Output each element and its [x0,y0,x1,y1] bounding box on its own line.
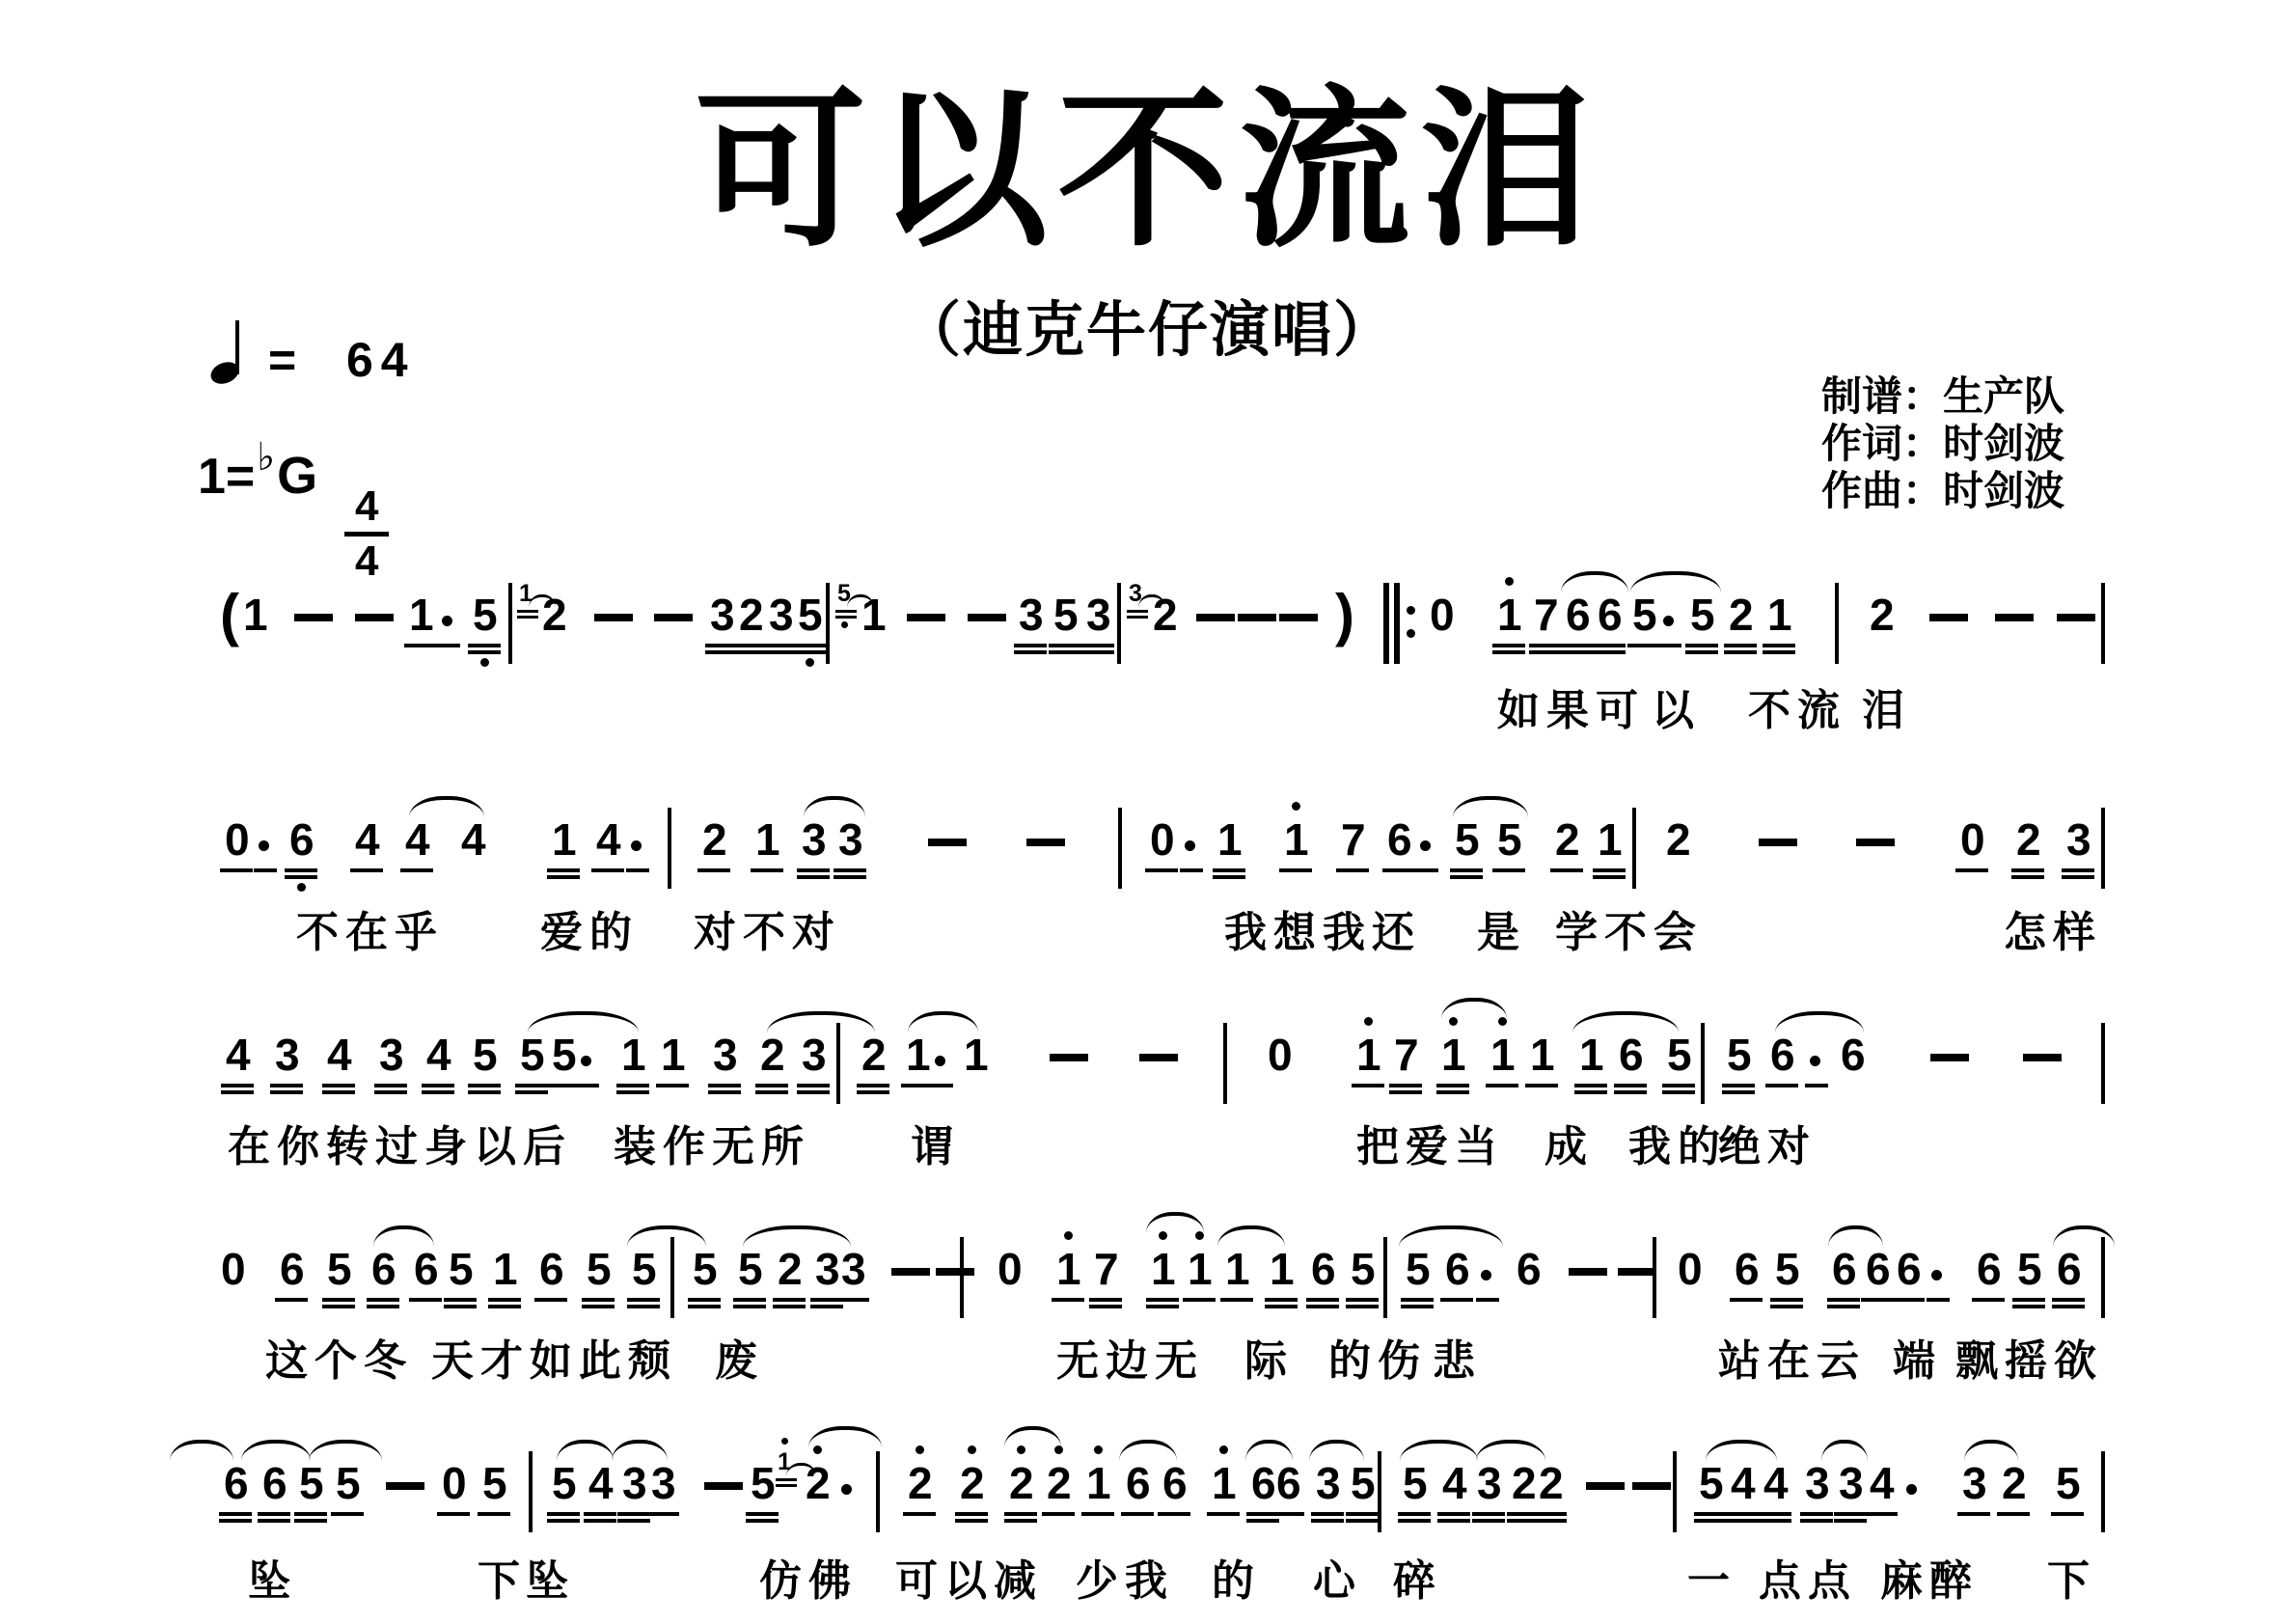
note: 1 [1598,815,1623,864]
note: 5 [336,1459,361,1507]
beam-line [1081,644,1114,647]
note: 4 [1731,1459,1756,1507]
beam-line [444,1298,477,1302]
lyric-text: 的 [1212,1546,1261,1608]
augmentation-dot [1810,1056,1820,1066]
beam-line [1382,868,1415,872]
augmentation-dot [259,840,269,851]
beam-line [1561,650,1594,654]
barline [960,1237,964,1318]
beam-line [1593,644,1626,647]
slur-arc [170,1440,233,1461]
note: 2 [1539,1459,1564,1507]
beam-line [547,1084,580,1087]
beam-line [1306,1298,1339,1302]
lyric-text: 下 [2047,1546,2096,1608]
lyric-text: 如果可 [1497,675,1645,737]
note: 6 [1566,591,1591,639]
octave-dot-low [806,658,814,667]
beam-line [1770,1298,1803,1302]
grace-beam-line [1127,610,1148,613]
note: 6 [280,1245,305,1293]
beam-line [1472,1519,1505,1523]
octave-dot-low [480,658,489,667]
note: 3 [1962,1459,1987,1507]
note: 1 [1056,1245,1081,1293]
beam-line [688,1305,721,1308]
beam-line [404,644,437,647]
beam-line [1685,644,1718,647]
note: 1 [1212,1459,1237,1507]
note: 3 [2066,815,2091,864]
grace-beam-line [517,610,538,613]
beam-line [1574,1084,1607,1087]
beam-line [1052,1298,1084,1302]
beam-line [1525,1084,1558,1087]
note: 2 [1555,815,1580,864]
lyric-text: 学不 [1555,897,1654,959]
dash-note-extension [1026,839,1065,846]
note: 3 [769,591,794,639]
slur-arc [1004,1426,1061,1447]
beam-line [1861,1298,1894,1302]
beam-line [746,1519,779,1523]
beam-line [627,1305,660,1308]
barline [1673,1451,1677,1532]
beam-line [705,650,738,654]
beam-line [626,868,649,872]
note: 5 [473,1031,498,1079]
note: 6 [539,1245,564,1293]
note: 2 [861,1031,887,1079]
dash-note-extension [1995,614,2034,621]
note: 7 [1534,591,1559,639]
note: 4 [596,815,621,864]
beam-line [1722,1090,1755,1094]
beam-line [1401,1298,1434,1302]
beam-line [797,875,830,879]
grace-beam-line [517,616,538,619]
beam-line [1004,1512,1037,1516]
note: 1 [1225,1245,1250,1293]
note: 6 [262,1459,287,1507]
beam-line [1398,1512,1431,1516]
dash-note-extension [1759,839,1797,846]
slur-arc [1217,1225,1285,1247]
beam-line [1486,1084,1518,1087]
barline [2101,1451,2105,1532]
beam-line [688,1298,721,1302]
beam-line [797,1084,830,1087]
lyric-text: 仿佛 [759,1546,858,1608]
beam-line [1476,1298,1499,1302]
beam-line [1081,1512,1114,1516]
beam-line [367,1305,399,1308]
dash-note-extension [2057,614,2095,621]
beam-line [1726,1512,1759,1516]
lyric-text: 端 [1893,1326,1942,1388]
dash-note-extension [968,614,1006,621]
note: 1 [755,815,780,864]
note: 1 [661,1031,686,1079]
beam-line [1049,644,1081,647]
dash-note-extension [1569,1268,1607,1276]
beam-line [219,1512,252,1516]
beam-line [764,644,797,647]
beam-line [1492,868,1525,872]
barline [668,808,671,889]
lyric-text: 飘摇欲 [1955,1326,2103,1388]
beam-line [258,1519,290,1523]
lyric-text: 心 [1313,1546,1362,1608]
note: 5 [738,1245,763,1293]
lyric-text: 我的 [1628,1112,1727,1173]
beam-line [1492,644,1525,647]
slur-arc [1572,1011,1679,1032]
slur-arc [1441,998,1507,1019]
note: 6 [414,1245,439,1293]
grace-beam-line [835,616,857,619]
note: 4 [1870,1459,1895,1507]
beam-line [534,1298,567,1302]
slur-arc [1706,1440,1777,1461]
barline [670,1237,674,1318]
lyric-text: 成 [1544,1112,1594,1173]
beam-line [734,644,767,647]
note: 5 [2056,1459,2081,1507]
slur-arc [1453,796,1528,817]
lyric-text: 无边无 [1056,1326,1204,1388]
note: 2 [2016,815,2041,864]
beam-line [1180,868,1203,872]
barline [876,1451,880,1532]
slur-arc [241,1440,311,1461]
beam-line [1346,1519,1379,1523]
beam-line [1398,1519,1431,1523]
grace-beam-line [1127,616,1148,619]
beam-line [797,1090,830,1094]
beam-line [1437,1519,1470,1523]
beam-line [1957,1512,1990,1516]
note: 5 [552,1459,577,1507]
note: 4 [1763,1459,1789,1507]
beam-line [834,868,866,872]
beam-line [617,1519,650,1523]
octave-dot-low [297,883,306,892]
octave-dot-high [916,1445,924,1454]
beam-line [1574,1090,1607,1094]
dash-note-extension [1050,1054,1088,1061]
lyric-text: 会 [1654,897,1703,959]
lyric-text: 泪 [1862,675,1911,737]
note: 6 [2057,1245,2082,1293]
beam-line [616,1084,649,1087]
beam-line [1014,644,1047,647]
note: 5 [473,591,498,639]
beam-line [1534,1519,1567,1523]
barline [1653,1237,1656,1318]
beam-line [1763,650,1795,654]
note: 5 [751,1459,776,1507]
note: 6 [1598,591,1623,639]
beam-line [646,1512,679,1516]
beam-line [1389,1084,1422,1087]
beam-line [322,1298,355,1302]
note: 6 [1126,1459,1151,1507]
note: 4 [327,1031,352,1079]
note: 1 [1270,1245,1295,1293]
beam-line [1614,1090,1647,1094]
beam-line [733,1305,766,1308]
slur-arc [1309,1440,1364,1461]
beam-line [1770,1305,1803,1308]
beam-line [576,1084,599,1087]
octave-dot-high [1094,1445,1103,1454]
note: 5 [1406,1245,1431,1293]
note: 2 [960,1459,985,1507]
beam-line [400,868,433,872]
barline [2101,1023,2105,1104]
beam-line [1763,644,1795,647]
note: 1 [493,1245,518,1293]
beam-line [2012,1298,2045,1302]
beam-line [331,1512,364,1516]
note: 6 [371,1245,396,1293]
dash-note-extension [355,614,394,621]
beam-line [1213,868,1245,872]
slur-arc [1399,1225,1503,1247]
dash-note-extension [907,614,945,621]
note: 6 [224,1459,249,1507]
beam-line [350,868,383,872]
augmentation-dot [581,1056,591,1066]
slur-arc [1775,1011,1864,1032]
beam-line [1534,1512,1567,1516]
note: 5 [1727,1031,1752,1079]
note: 1 [964,1031,989,1079]
beam-line [374,1084,407,1087]
beam-line [254,868,277,872]
lyric-text: 怎样 [2004,897,2102,959]
note: 1 [243,591,268,639]
beam-line [1593,650,1626,654]
rest-note: 0 [1678,1245,1703,1293]
beam-line [437,644,460,647]
beam-line [1658,644,1681,647]
beam-line [515,1084,548,1087]
octave-dot-high [1064,1231,1073,1240]
dash-note-extension [2023,1054,2062,1061]
octave-dot-high [1292,802,1300,811]
note: 5 [693,1245,718,1293]
barline [2101,808,2105,889]
beam-line [1450,868,1483,872]
beam-line [468,650,501,654]
dash-note-extension [594,614,633,621]
beam-line [1440,1298,1473,1302]
grace-beam-line [776,1478,797,1481]
beam-line [1401,1305,1434,1308]
slur-arc [1828,1225,1883,1247]
beam-line [422,1084,454,1087]
note: 4 [1442,1459,1467,1507]
note: 5 [327,1245,352,1293]
beam-line [1265,1298,1298,1302]
beam-line [656,1084,689,1087]
beam-line [1042,1512,1075,1516]
beam-line [1614,1084,1647,1087]
dash-note-extension [1856,839,1895,846]
beam-line [1352,1084,1384,1087]
lyric-text: 坠 [526,1546,575,1608]
note: 3 [710,591,735,639]
beam-line [1183,1298,1216,1302]
slur-arc [908,1011,978,1032]
note: 3 [1839,1459,1864,1507]
beam-line [515,1090,548,1094]
rest-note: 0 [1430,591,1455,639]
beam-line [2051,1512,2084,1516]
beam-line [1436,1084,1469,1087]
beam-line [2062,868,2094,872]
beam-line [584,1512,616,1516]
note: 5 [632,1245,657,1293]
note: 7 [1394,1031,1419,1079]
beam-line [1089,1305,1122,1308]
note: 2 [702,815,727,864]
lyric-text: 对不对 [694,897,841,959]
note: 5 [2017,1245,2042,1293]
beam-line [1220,1298,1253,1302]
lyric-text: 下 [478,1546,527,1608]
barline [1835,583,1839,664]
barline [836,1023,840,1104]
beam-line [773,1298,806,1302]
lyric-text: 站在云 [1718,1326,1866,1388]
intro-parenthesis: ) [1335,587,1354,645]
note: 1 [1151,1245,1176,1293]
barline [529,1451,533,1532]
beam-line [617,1512,650,1516]
barline [2101,583,2105,664]
note: 4 [405,815,430,864]
beam-line [374,1090,407,1094]
dash-note-extension [1139,1054,1178,1061]
beam-line [285,868,317,872]
note: 3 [1805,1459,1830,1507]
beam-line [708,1084,741,1087]
note: 1 [1767,591,1792,639]
note: 2 [2002,1459,2027,1507]
beam-line [1892,1298,1925,1302]
beam-line [409,1298,442,1302]
beam-line [955,1519,988,1523]
note: 1 [552,815,577,864]
beam-line [547,1519,580,1523]
grace-beam-line [776,1484,797,1487]
note: 1 [1086,1459,1111,1507]
beam-line [1800,1512,1833,1516]
slur-arc [804,796,865,817]
lyric-text: 爱的 [540,897,639,959]
note: 5 [299,1459,324,1507]
dash-note-extension [294,614,333,621]
lyric-text: 天才如此颓 [431,1326,677,1388]
dash-note-extension [1238,614,1276,621]
lyric-text: 这个冬 [265,1326,413,1388]
beam-line [2011,868,2044,872]
note: 5 [449,1245,474,1293]
beam-line [1311,1512,1344,1516]
note: 1 [1530,1031,1555,1079]
beam-line [1081,650,1114,654]
note: 2 [1870,591,1895,639]
slur-arc [1245,1440,1293,1461]
slur-arc [1476,1440,1545,1461]
beam-line [221,1090,254,1094]
lyric-text: 悲 [1433,1326,1482,1388]
slur-arc [627,1225,706,1247]
lyric-text: 绝对 [1718,1112,1817,1173]
beam-line [705,644,738,647]
beam-line [1311,1519,1344,1523]
lyric-text: 以 [1652,675,1701,737]
dash-note-extension [1632,1482,1671,1490]
beam-line [285,875,317,879]
repeat-sign-bar [1394,583,1400,664]
note: 6 [1517,1245,1542,1293]
lyric-text: 在你转过身以后 [228,1112,572,1173]
beam-line [1265,1305,1298,1308]
beam-line [468,1090,501,1094]
barline [1383,1237,1387,1318]
beam-line [1246,1519,1279,1523]
beam-line [733,1298,766,1302]
slur-arc [528,1011,639,1032]
barline [1118,808,1122,889]
beam-line [764,650,797,654]
beam-line [955,1512,988,1516]
note: 6 [1276,1459,1301,1507]
beam-line [697,868,730,872]
dash-note-extension [1279,614,1318,621]
beam-line [1724,650,1757,654]
dash-note-extension [891,1268,930,1276]
octave-dot-high [781,1438,788,1445]
rest-note: 0 [1960,815,1985,864]
beam-line [616,1090,649,1094]
beam-line [1627,644,1660,647]
note: 1 [409,591,434,639]
note: 5 [1690,591,1715,639]
note: 1 [1441,1031,1466,1079]
beam-line [444,1305,477,1308]
lyric-text: 装作无所 [614,1112,810,1173]
note: 6 [1251,1459,1276,1507]
beam-line [1213,875,1245,879]
note: 2 [739,591,764,639]
barline [1117,583,1121,664]
octave-dot-high [968,1445,976,1454]
beam-line [1694,1519,1727,1523]
beam-line [294,1512,327,1516]
beam-line [488,1305,521,1308]
slur-arc [1630,571,1721,592]
rest-note: 0 [1150,815,1175,864]
beam-line [836,1298,869,1302]
lyric-text: 麻醉 [1880,1546,1979,1608]
beam-line [1049,650,1081,654]
